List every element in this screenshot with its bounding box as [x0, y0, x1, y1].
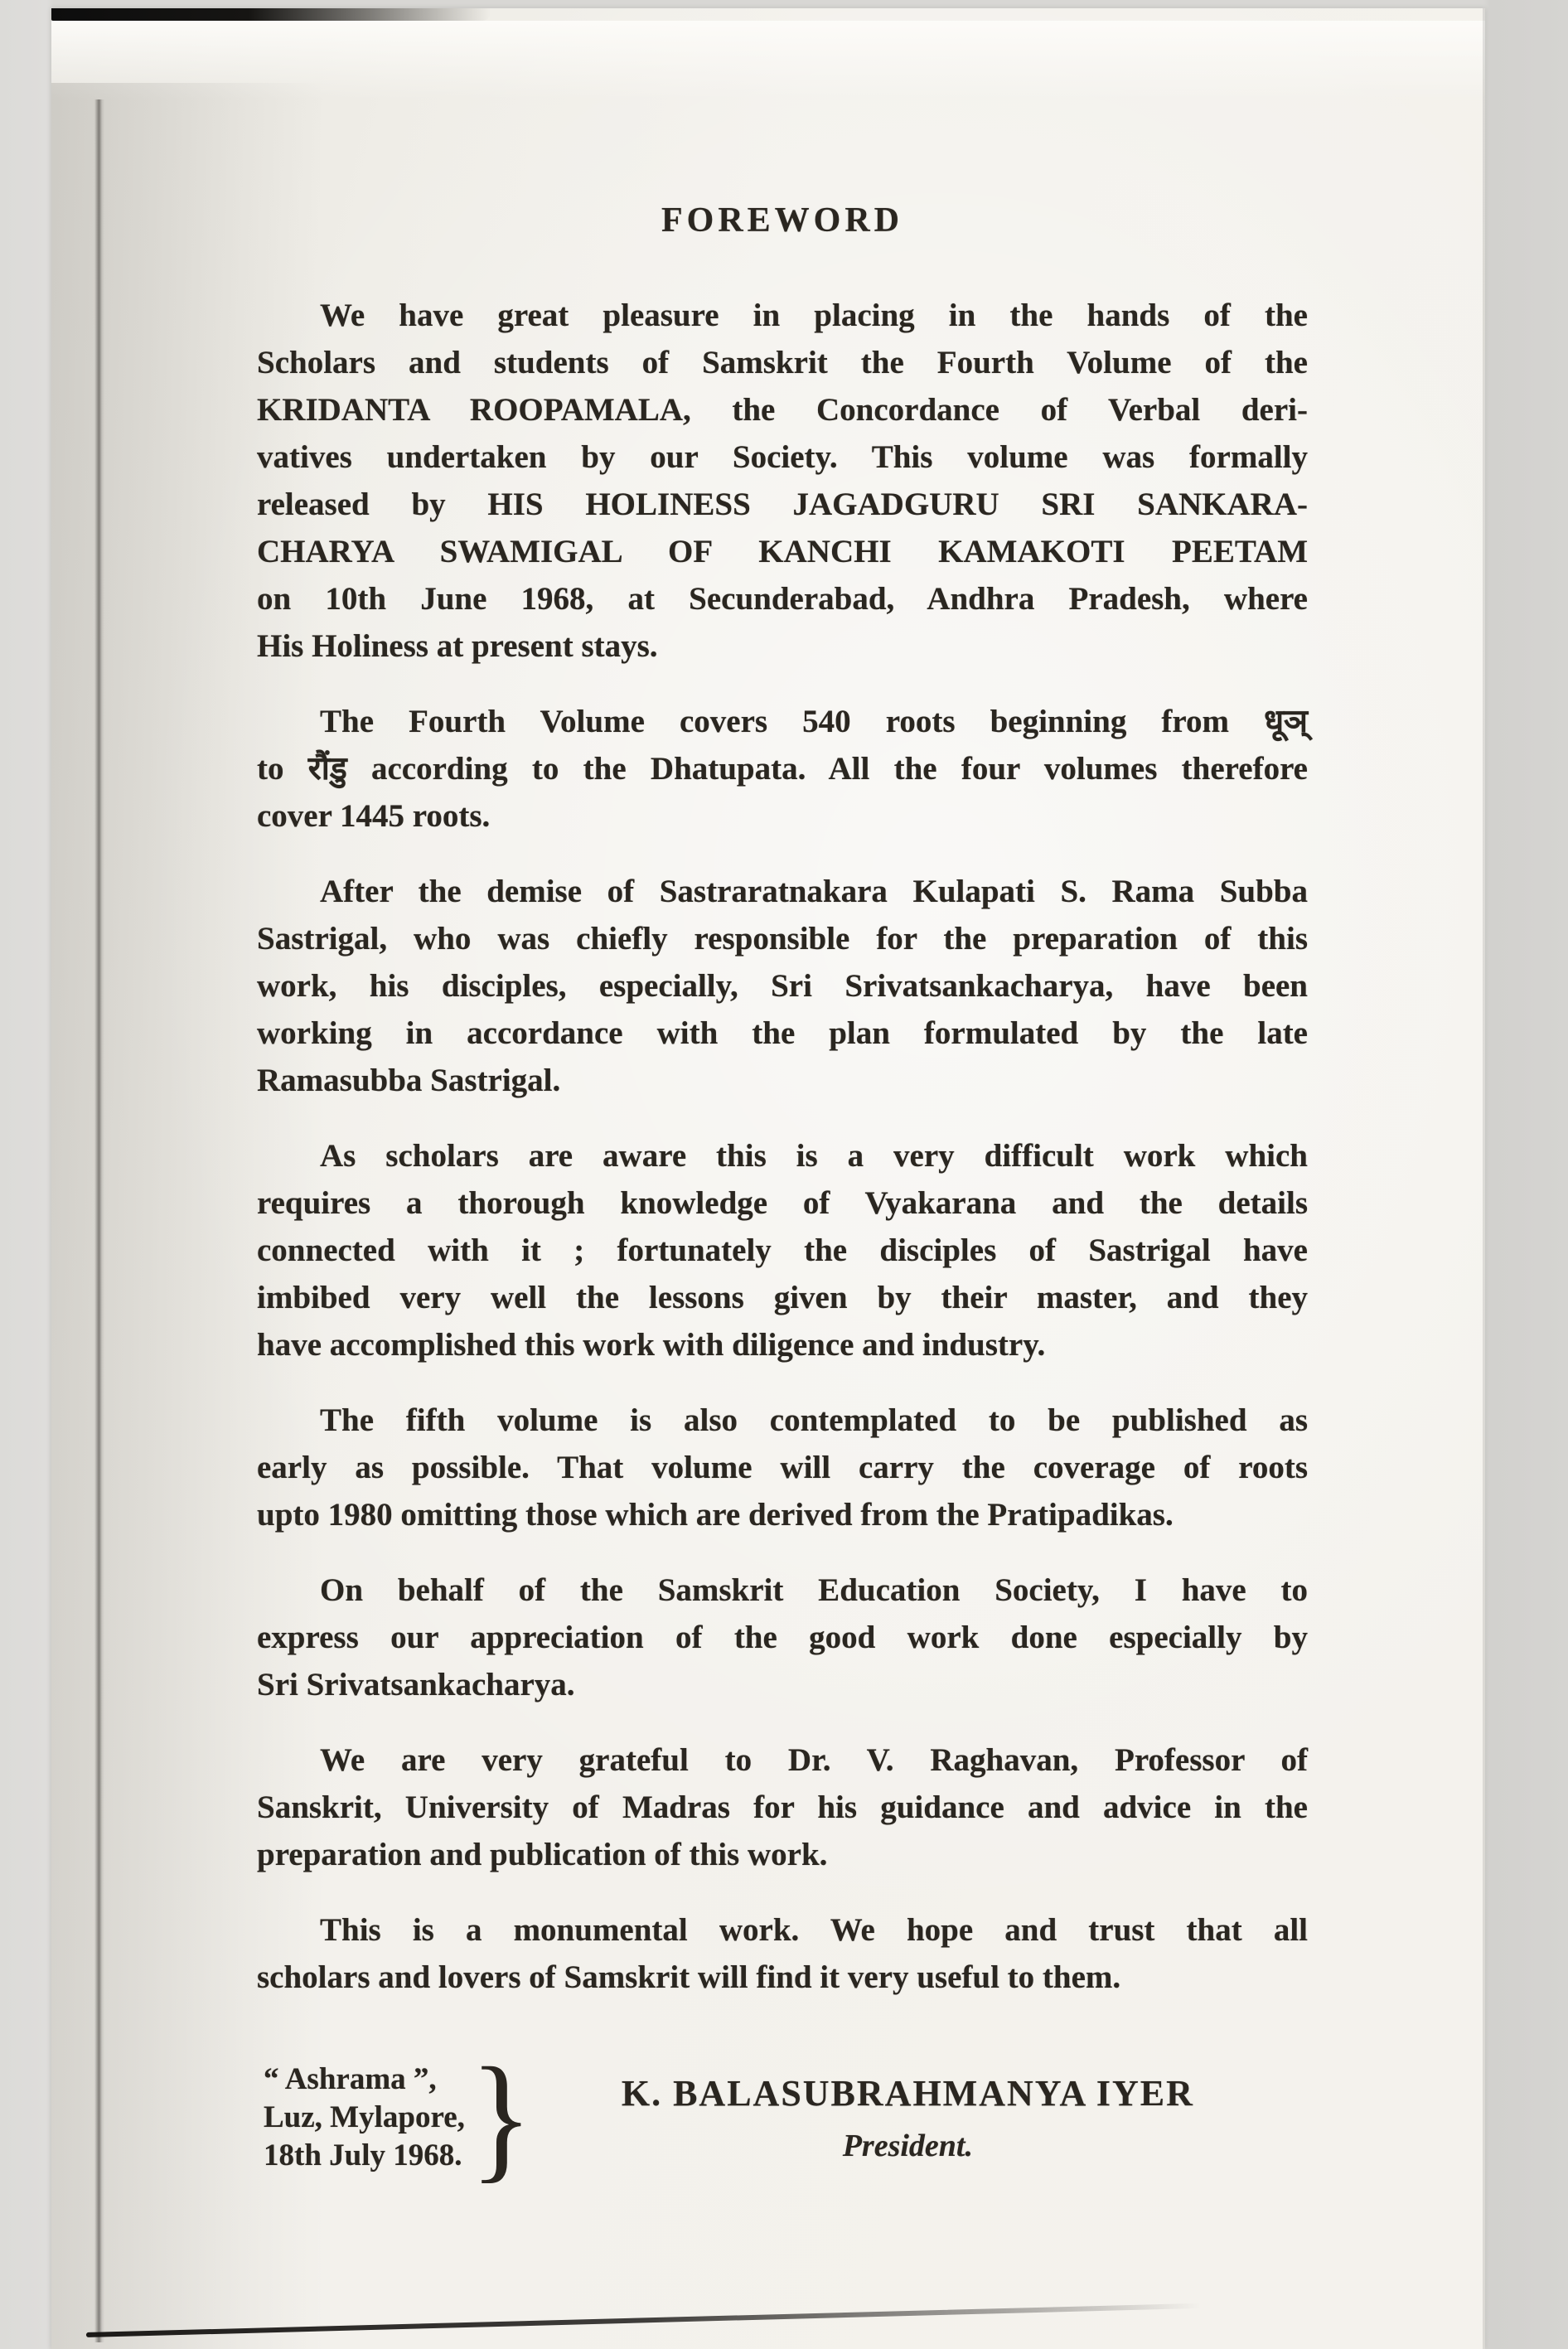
signatory-name: K. BALASUBRAHMANYA IYER — [558, 2072, 1258, 2114]
text-line: Scholars and students of Samskrit the Fo… — [257, 339, 1308, 386]
paragraph-6: On behalf of the Samskrit Education Soci… — [257, 1567, 1308, 1708]
text-line: His Holiness at present stays. — [257, 622, 1308, 670]
signatory: K. BALASUBRAHMANYA IYER President. — [558, 2072, 1308, 2164]
text-line: The fifth volume is also contemplated to… — [257, 1397, 1308, 1444]
text-line: working in accordance with the plan form… — [257, 1010, 1308, 1057]
text-line: to रौंडु according to the Dhatupata. All… — [257, 745, 1308, 792]
paragraph-1: We have great pleasure in placing in the… — [257, 292, 1308, 670]
paragraph-8: This is a monumental work. We hope and t… — [257, 1906, 1308, 2001]
text-line: Sastrigal, who was chiefly responsible f… — [257, 915, 1308, 962]
text-line: As scholars are aware this is a very dif… — [257, 1132, 1308, 1179]
binding-crease — [94, 99, 104, 2342]
text-line: Sri Srivatsankacharya. — [257, 1661, 1308, 1708]
text-line: We have great pleasure in placing in the… — [257, 292, 1308, 339]
paragraph-7: We are very grateful to Dr. V. Raghavan,… — [257, 1736, 1308, 1878]
curly-brace-glyph: } — [470, 2047, 533, 2189]
text-line: preparation and publication of this work… — [257, 1831, 1308, 1878]
text-line: express our appreciation of the good wor… — [257, 1614, 1308, 1661]
text-line: requires a thorough knowledge of Vyakara… — [257, 1179, 1308, 1227]
page-title: FOREWORD — [257, 201, 1308, 240]
text-line: This is a monumental work. We hope and t… — [257, 1906, 1308, 1954]
signature-block: “ Ashrama ”, Luz, Mylapore, 18th July 19… — [257, 2052, 1308, 2183]
signature-place-date: “ Ashrama ”, Luz, Mylapore, 18th July 19… — [257, 2061, 465, 2175]
scanned-book-spread: FOREWORD We have great pleasure in placi… — [0, 0, 1568, 2349]
text-line: On behalf of the Samskrit Education Soci… — [257, 1567, 1308, 1614]
text-line: scholars and lovers of Samskrit will fin… — [257, 1954, 1308, 2001]
paragraph-2: The Fourth Volume covers 540 roots begin… — [257, 698, 1308, 840]
signature-place-line: “ Ashrama ”, — [264, 2061, 465, 2099]
paragraph-4: As scholars are aware this is a very dif… — [257, 1132, 1308, 1368]
text-line: upto 1980 omitting those which are deriv… — [257, 1491, 1308, 1538]
page-right-edge — [1483, 8, 1485, 2349]
text-line: released by HIS HOLINESS JAGADGURU SRI S… — [257, 481, 1308, 528]
text-line: After the demise of Sastraratnakara Kula… — [257, 868, 1308, 915]
text-line: early as possible. That volume will carr… — [257, 1444, 1308, 1491]
text-line: Sanskrit, University of Madras for his g… — [257, 1784, 1308, 1831]
signature-place-line: Luz, Mylapore, — [264, 2099, 465, 2137]
text-line: We are very grateful to Dr. V. Raghavan,… — [257, 1736, 1308, 1784]
text-line: imbibed very well the lessons given by t… — [257, 1274, 1308, 1321]
signatory-role: President. — [558, 2128, 1258, 2164]
text-line: cover 1445 roots. — [257, 792, 1308, 840]
text-line: vatives undertaken by our Society. This … — [257, 433, 1308, 481]
text-line: on 10th June 1968, at Secunderabad, Andh… — [257, 575, 1308, 622]
paragraph-3: After the demise of Sastraratnakara Kula… — [257, 868, 1308, 1104]
book-page: FOREWORD We have great pleasure in placi… — [51, 8, 1485, 2349]
text-line: The Fourth Volume covers 540 roots begin… — [257, 698, 1308, 745]
text-line: connected with it ; fortunately the disc… — [257, 1227, 1308, 1274]
text-line: CHARYA SWAMIGAL OF KANCHI KAMAKOTI PEETA… — [257, 528, 1308, 575]
text-line: KRIDANTA ROOPAMALA, the Concordance of V… — [257, 386, 1308, 433]
text-line: Ramasubba Sastrigal. — [257, 1057, 1308, 1104]
text-line: have accomplished this work with diligen… — [257, 1321, 1308, 1368]
foreword-content: FOREWORD We have great pleasure in placi… — [257, 201, 1308, 2183]
text-line: work, his disciples, especially, Sri Sri… — [257, 962, 1308, 1010]
scan-top-shadow — [51, 8, 491, 21]
paragraph-5: The fifth volume is also contemplated to… — [257, 1397, 1308, 1538]
signature-date-line: 18th July 1968. — [264, 2137, 465, 2175]
